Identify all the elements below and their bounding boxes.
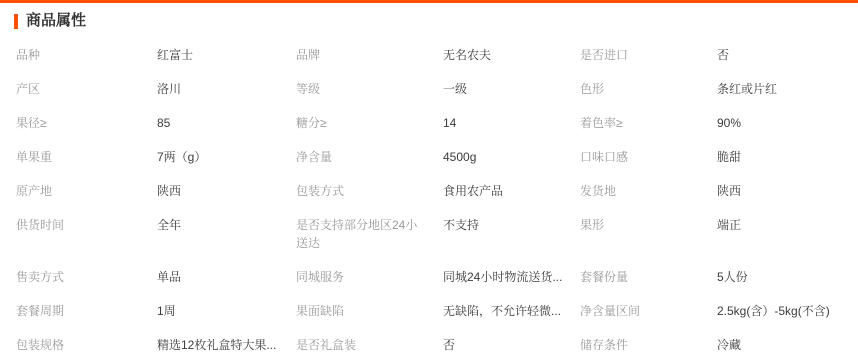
attr-value: 无名农夫 bbox=[443, 38, 580, 72]
attr-value: 陕西 bbox=[157, 174, 286, 208]
attr-value: 单品 bbox=[157, 260, 286, 294]
attr-value: 否 bbox=[443, 328, 580, 362]
attr-label: 净含量区间 bbox=[580, 294, 717, 328]
attr-value: 2.5kg(含）-5kg(不含) bbox=[717, 294, 858, 328]
attr-value: 不支持 bbox=[443, 208, 580, 260]
attr-value: 1周 bbox=[157, 294, 286, 328]
attr-label: 套餐周期 bbox=[16, 294, 157, 328]
attr-value: 洛川 bbox=[157, 72, 286, 106]
attr-label: 同城服务 bbox=[286, 260, 443, 294]
attr-value: 端正 bbox=[717, 208, 858, 260]
attr-value: 条红或片红 bbox=[717, 72, 858, 106]
attr-label: 品种 bbox=[16, 38, 157, 72]
section-title: 商品属性 bbox=[26, 12, 86, 30]
attr-label: 储存条件 bbox=[580, 328, 717, 362]
attr-label: 果径≥ bbox=[16, 106, 157, 140]
attr-label: 是否进口 bbox=[580, 38, 717, 72]
section-header: 商品属性 bbox=[0, 3, 858, 30]
attr-value: 90% bbox=[717, 106, 858, 140]
attr-label: 供货时间 bbox=[16, 208, 157, 260]
attr-value: 陕西 bbox=[717, 174, 858, 208]
attr-label: 品牌 bbox=[286, 38, 443, 72]
attr-label: 是否礼盒装 bbox=[286, 328, 443, 362]
attr-value: 冷藏 bbox=[717, 328, 858, 362]
product-attributes-panel: 商品属性 品种红富士品牌无名农夫是否进口否产区洛川等级一级色形条红或片红果径≥8… bbox=[0, 0, 858, 364]
attr-label: 单果重 bbox=[16, 140, 157, 174]
attr-label: 口味口感 bbox=[580, 140, 717, 174]
attr-label: 包装规格 bbox=[16, 328, 157, 362]
attr-label: 售卖方式 bbox=[16, 260, 157, 294]
attr-value: 4500g bbox=[443, 140, 580, 174]
attr-label: 糖分≥ bbox=[286, 106, 443, 140]
attr-value: 14 bbox=[443, 106, 580, 140]
attr-label: 发货地 bbox=[580, 174, 717, 208]
attr-label: 等级 bbox=[286, 72, 443, 106]
attr-value: 同城24小时物流送货... bbox=[443, 260, 580, 294]
attr-value: 5人份 bbox=[717, 260, 858, 294]
attr-label: 着色率≥ bbox=[580, 106, 717, 140]
attr-value: 全年 bbox=[157, 208, 286, 260]
attr-value: 7两（g） bbox=[157, 140, 286, 174]
attr-value: 食用农产品 bbox=[443, 174, 580, 208]
attr-label: 果形 bbox=[580, 208, 717, 260]
attr-value: 脆甜 bbox=[717, 140, 858, 174]
attr-label: 包装方式 bbox=[286, 174, 443, 208]
attr-value: 无缺陷，不允许轻微... bbox=[443, 294, 580, 328]
attr-label: 是否支持部分地区24小送达 bbox=[286, 208, 443, 260]
attr-label: 果面缺陷 bbox=[286, 294, 443, 328]
attr-value: 一级 bbox=[443, 72, 580, 106]
attr-label: 色形 bbox=[580, 72, 717, 106]
attr-value: 精选12枚礼盒特大果... bbox=[157, 328, 286, 362]
attr-label: 套餐份量 bbox=[580, 260, 717, 294]
section-accent-bar-icon bbox=[14, 14, 18, 29]
attr-label: 产区 bbox=[16, 72, 157, 106]
attr-value: 85 bbox=[157, 106, 286, 140]
attributes-table: 品种红富士品牌无名农夫是否进口否产区洛川等级一级色形条红或片红果径≥85糖分≥1… bbox=[0, 38, 858, 362]
attr-label: 净含量 bbox=[286, 140, 443, 174]
attr-label: 原产地 bbox=[16, 174, 157, 208]
attr-value: 否 bbox=[717, 38, 858, 72]
attr-value: 红富士 bbox=[157, 38, 286, 72]
